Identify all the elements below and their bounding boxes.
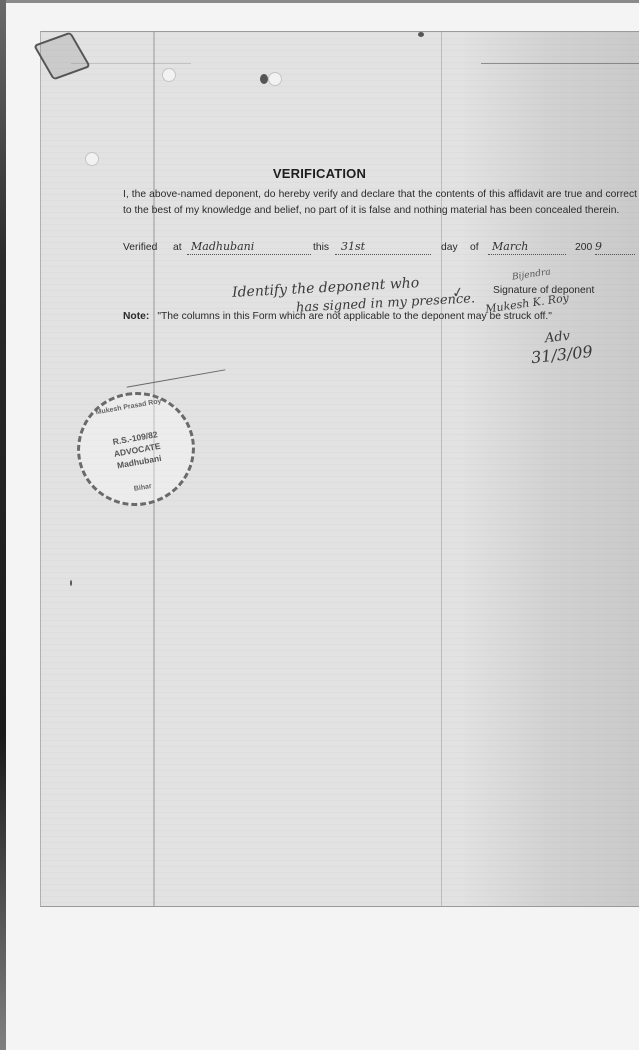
scan-left-edge [0, 0, 6, 1050]
scan-speck [260, 74, 268, 84]
stamp-bottom-text: Bihar [117, 480, 169, 496]
punch-hole [85, 152, 99, 166]
month-field: March [488, 240, 566, 255]
scan-speck [418, 32, 424, 37]
header-rule [481, 63, 639, 64]
page-title: VERIFICATION [0, 166, 639, 181]
note-text: "The columns in this Form which are not … [157, 311, 552, 322]
label-day: day [441, 242, 458, 253]
place-value: Madhubani [191, 240, 254, 253]
label-of: of [470, 242, 479, 253]
month-value: March [492, 240, 528, 253]
label-at: at [173, 242, 182, 253]
day-field: 31st [335, 240, 431, 255]
label-verified: Verified [123, 242, 157, 253]
year-prefix: 200 [575, 242, 592, 253]
note-label: Note: [123, 311, 149, 322]
verified-row: Verified at Madhubani this 31st day of M… [123, 240, 637, 258]
punch-hole [268, 72, 282, 86]
column-rule [441, 32, 442, 906]
label-this: this [313, 242, 329, 253]
punch-hole [162, 68, 176, 82]
day-value: 31st [341, 240, 365, 253]
verification-paragraph: I, the above-named deponent, do hereby v… [123, 187, 637, 219]
note: Note:"The columns in this Form which are… [123, 311, 552, 322]
scan-top-edge [0, 0, 639, 3]
place-field: Madhubani [187, 240, 311, 255]
year-suffix: 9 [595, 240, 602, 253]
scan-speck [70, 580, 72, 586]
year-field: 9 [595, 240, 635, 255]
